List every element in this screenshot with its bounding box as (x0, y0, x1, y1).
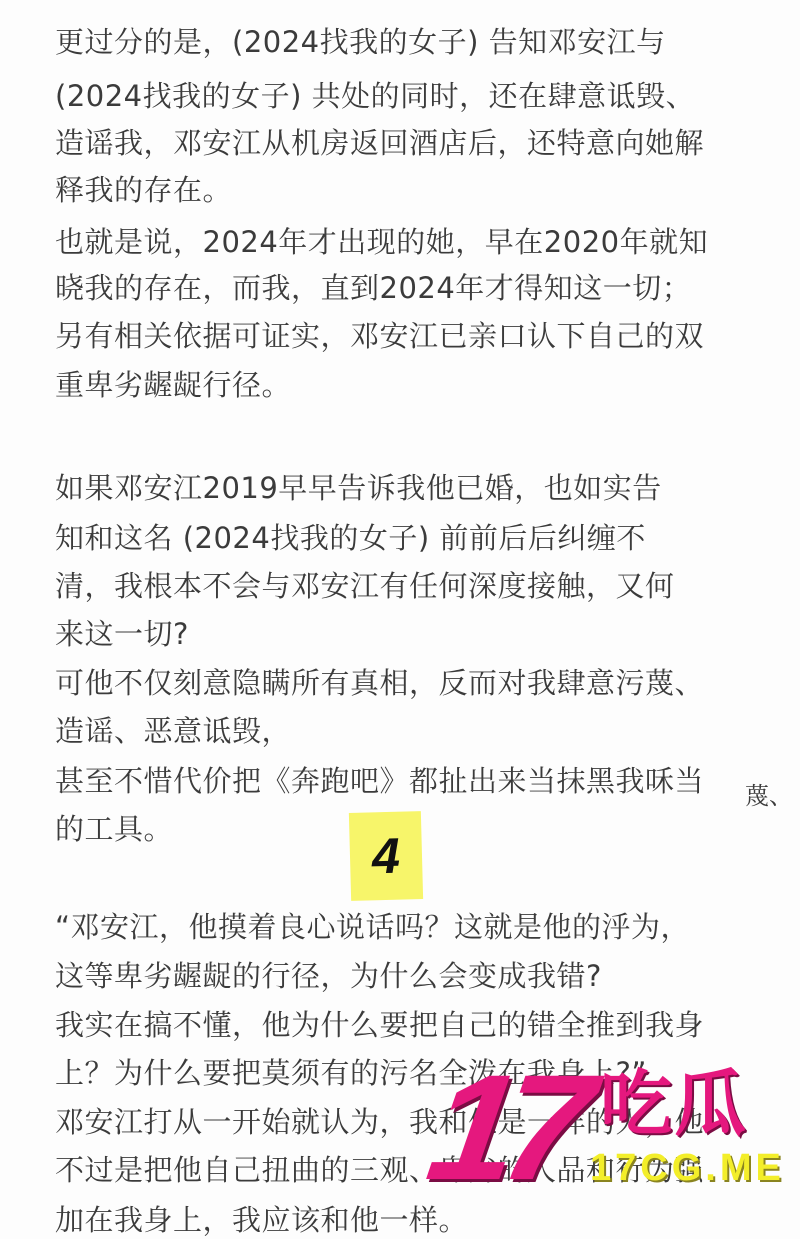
text-line: 不过是把他自己扭曲的三观、卑劣的人品和行为强 (55, 1152, 704, 1188)
text-line: 知和这名 (2024找我的女子) 前前后后纠缠不 (55, 520, 646, 556)
text-line: 另有相关依据可证实，邓安江已亲口认下自己的双 (55, 318, 704, 354)
text-line: 清，我根本不会与邓安江有任何深度接触，又何 (55, 568, 675, 604)
section-number-label: 4 (349, 811, 423, 901)
text-line: 邓安江打从一开始就认为，我和他是一样的人，他 (55, 1104, 704, 1140)
text-line: 晓我的存在，而我，直到2024年才得知这一切； (55, 270, 691, 306)
section-number: 4 (371, 827, 400, 886)
text-line: 甚至不惜代价把《奔跑吧》都扯出来当抹黑我咊当 (55, 763, 704, 799)
text-line: 释我的存在。 (55, 172, 232, 208)
text-line: 重卑劣龌龊行径。 (55, 367, 291, 403)
text-line: 这等卑劣龌龊的行径，为什么会变成我错? (55, 958, 602, 994)
text-line: 如果邓安江2019早早告诉我他已婚，也如实告 (55, 470, 662, 506)
text-line: 造谣、恶意诋毁， (55, 713, 291, 749)
text-line: 加在我身上，我应该和他一样。 (55, 1202, 468, 1238)
text-line: 的工具。 (55, 811, 173, 847)
text-line: “邓安江，他摸着良心说话吗？这就是他的泘为， (55, 909, 690, 945)
text-line: 更过分的是，(2024找我的女子) 告知邓安江与 (55, 24, 666, 60)
text-line: 来这一切? (55, 616, 189, 652)
text-line: 可他不仅刻意隐瞒所有真相，反而对我肆意污蔑、 (55, 665, 704, 701)
text-line: 我实在搞不懂，他为什么要把自己的错全推到我身 (55, 1007, 704, 1043)
text-line: (2024找我的女子) 共处的同时，还在肆意诋毁、 (55, 78, 695, 114)
stray-text-fragment: 蔑、 (745, 782, 793, 810)
text-line: 也就是说，2024年才出现的她，早在2020年就知 (55, 224, 708, 260)
text-line: 造谣我，邓安江从机房返回酒店后，还特意向她解 (55, 125, 704, 161)
text-line: 上？为什么要把莫须有的污名全泼在我身上?” (55, 1055, 647, 1091)
